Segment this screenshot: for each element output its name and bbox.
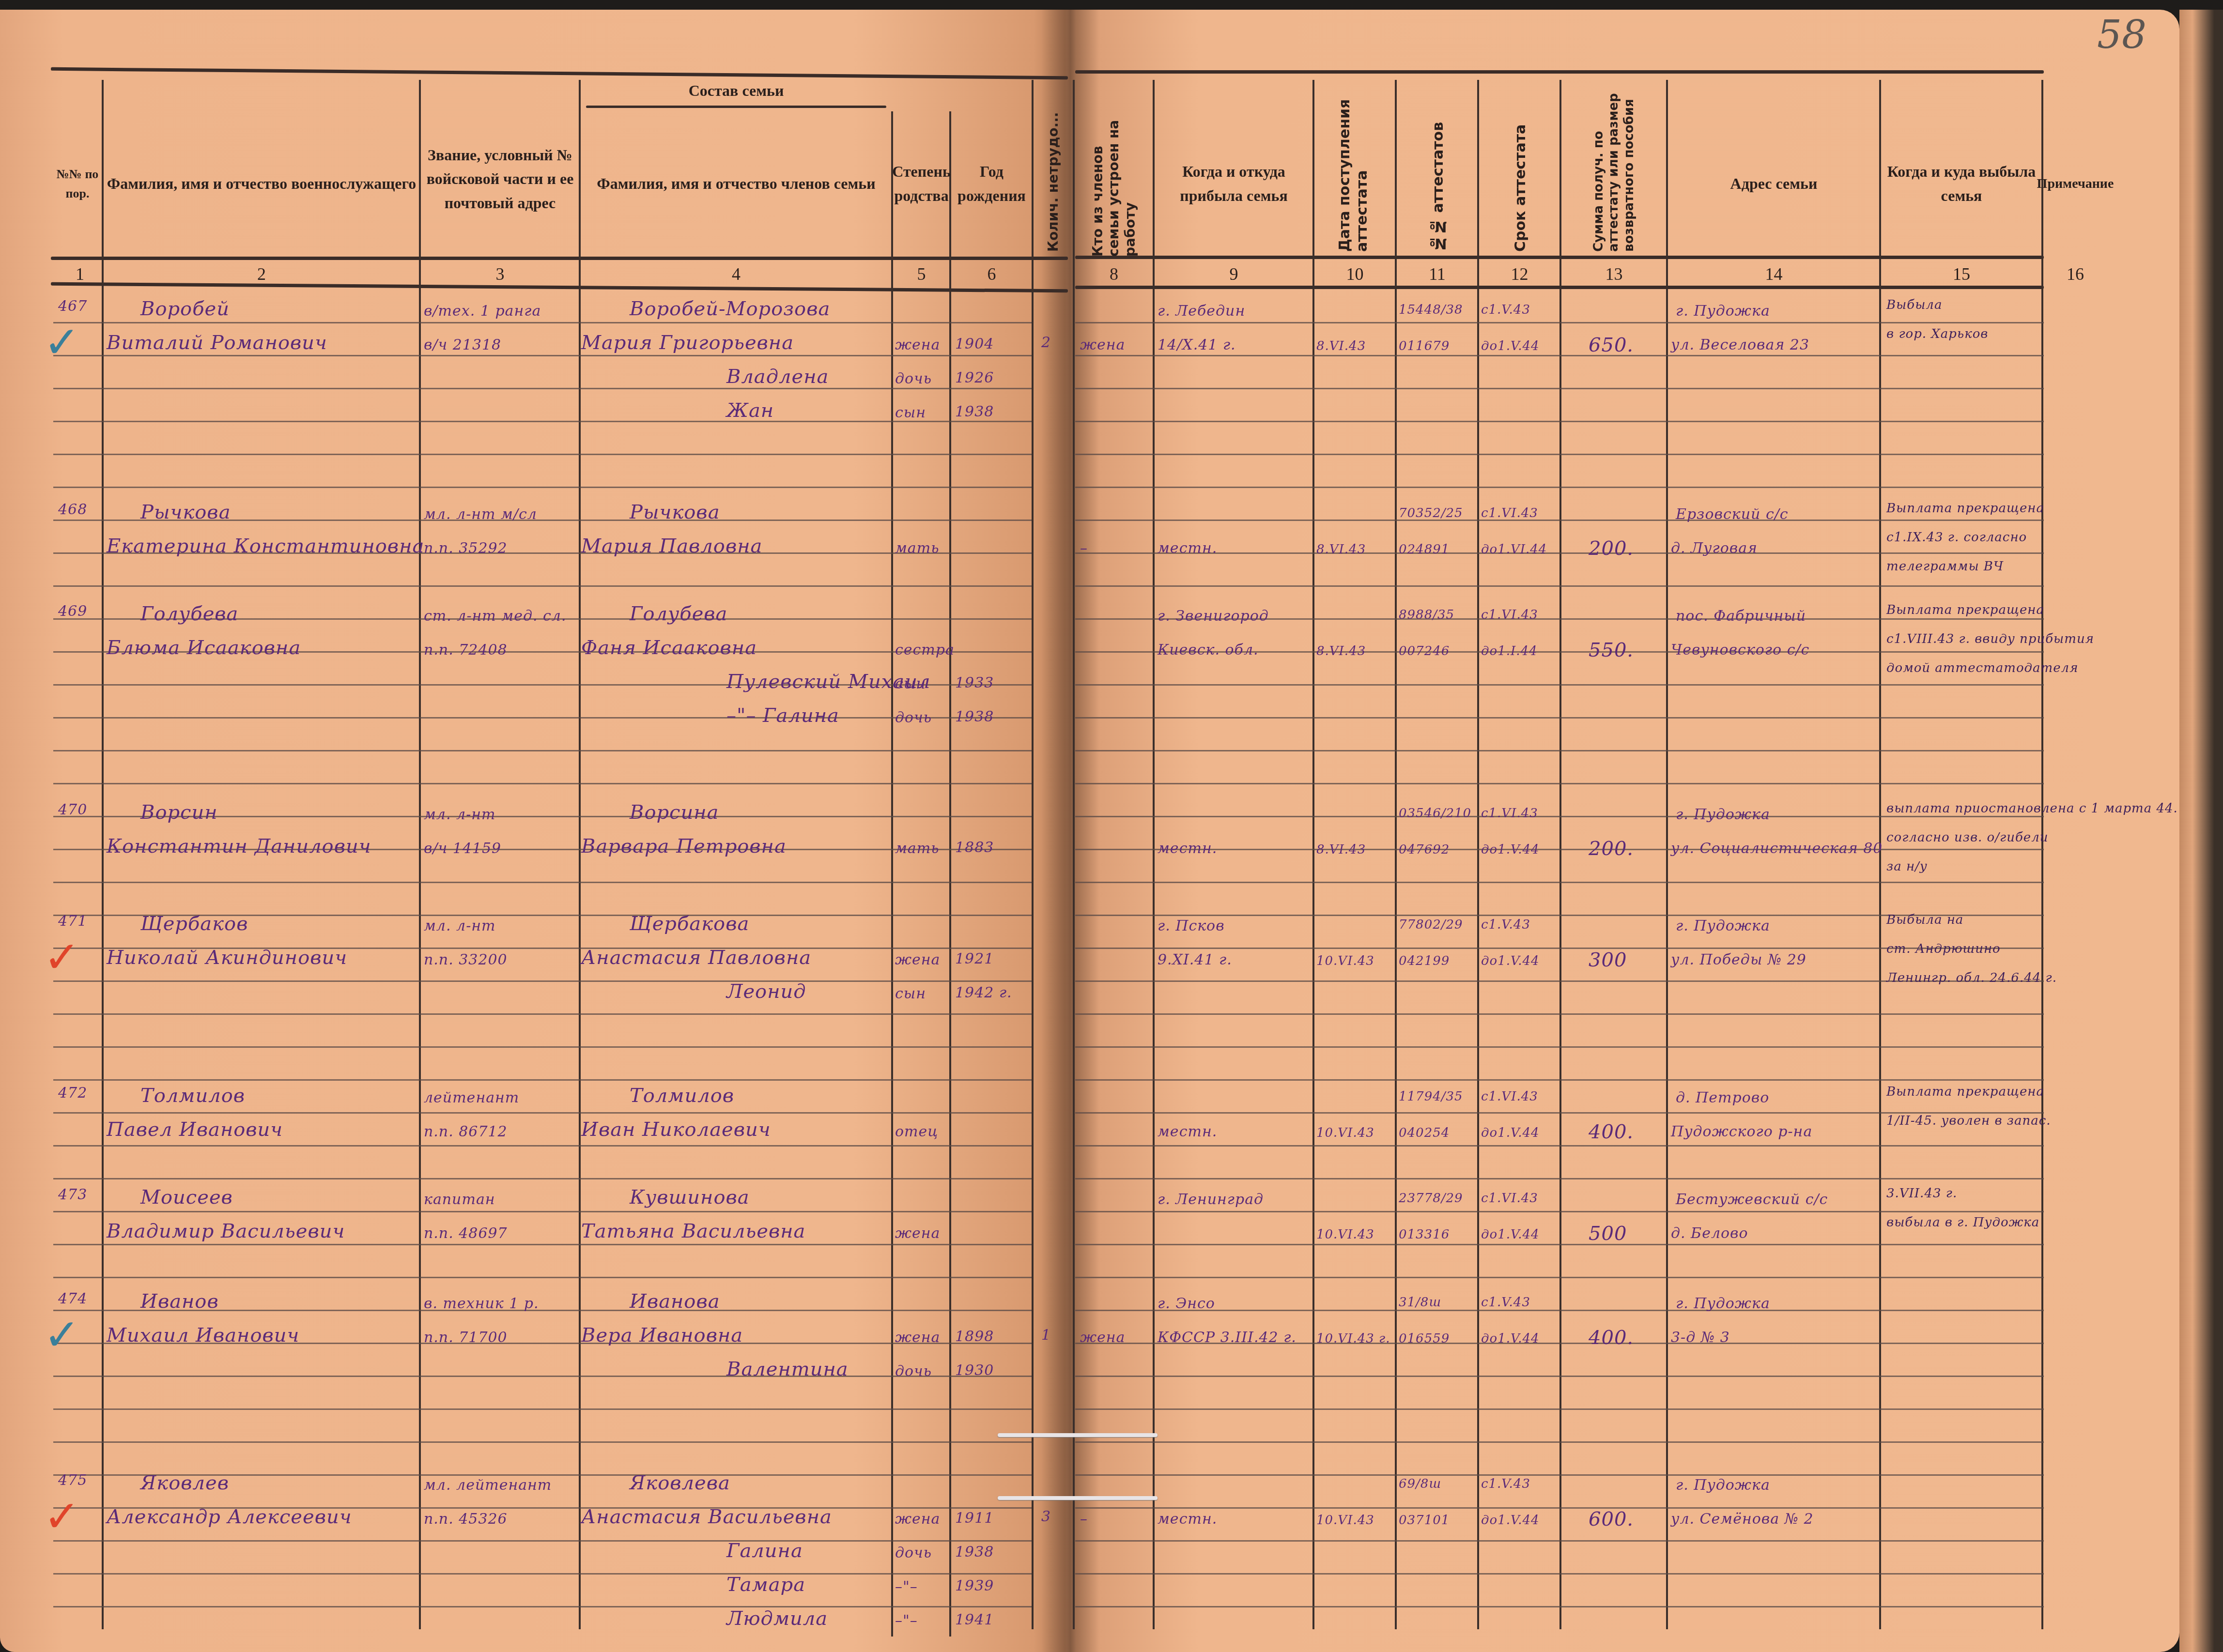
ruled-line [1075, 421, 2044, 422]
family-member-name: Воробей-Морозова [630, 298, 830, 320]
attestat-term-end: до1.V.44 [1481, 954, 1540, 968]
col-num: 4 [581, 264, 891, 284]
family-birth-year: 1926 [955, 369, 994, 386]
ruled-line [1075, 585, 2044, 587]
family-member-name: Яковлева [630, 1472, 730, 1494]
arrived-from: г. Звенигород [1158, 608, 1269, 625]
military-unit: в/ч 21318 [424, 337, 501, 353]
ruled-line [53, 585, 1032, 587]
attestat-number: 31/8ш [1399, 1295, 1441, 1310]
ruled-line [1075, 1540, 2044, 1542]
header-bottom-rule [51, 257, 1068, 260]
family-address: Ерзовский с/с [1676, 506, 1789, 523]
col-num: 10 [1315, 264, 1395, 284]
col-divider [2041, 80, 2043, 1629]
family-birth-year: 1938 [955, 1544, 994, 1560]
family-birth-year: 1938 [955, 708, 994, 725]
page-number: 58 [2097, 12, 2146, 57]
ruled-line [1075, 355, 2044, 356]
col-6-header: Год рождения [952, 116, 1032, 252]
ruled-line [1075, 322, 2044, 323]
departure-note: ст. Андрюшино [1886, 942, 2001, 956]
col-divider [419, 80, 421, 1629]
family-relation: сын [895, 985, 926, 1002]
arrived-date: местн. [1158, 1123, 1217, 1140]
family-relation: сестра [895, 642, 955, 658]
col-5-header: Степень родства [894, 116, 949, 252]
departure-note: Выплата прекращена [1886, 603, 2044, 617]
family-birth-year: 1939 [955, 1577, 994, 1594]
attestat-term-end: до1.V.44 [1481, 1331, 1540, 1346]
check-mark-icon: ✓ [44, 317, 80, 368]
family-birth-year: 1941 [955, 1611, 994, 1628]
col-4-header: Фамилия, имя и отчество членов семьи [581, 116, 891, 252]
arrived-from: г. Псков [1158, 918, 1225, 934]
col-11-header: №№ аттестатов [1405, 97, 1472, 252]
col-divider [1477, 80, 1479, 1629]
col-7-header: Колич. нетрудо... [1036, 92, 1070, 252]
col-14-header: Адрес семьи [1668, 126, 1879, 242]
ruled-line [1075, 1474, 2044, 1476]
serviceman-name: Екатерина Константиновна [107, 535, 424, 557]
serviceman-surname: Ворсин [140, 801, 218, 824]
serviceman-name: Михаил Иванович [107, 1324, 299, 1346]
departure-note: телеграммы ВЧ [1886, 559, 2004, 574]
family-birth-year: 1911 [955, 1510, 994, 1527]
family-relation: дочь [895, 709, 932, 726]
col-divider [1395, 80, 1397, 1629]
family-relation: жена [895, 1225, 941, 1242]
family-relation: дочь [895, 1545, 932, 1561]
serviceman-name: Александр Алексеевич [107, 1506, 352, 1528]
check-mark-icon: ✓ [44, 932, 80, 983]
serviceman-rank: в/тех. 1 ранга [424, 303, 541, 320]
family-address: Бестужевский с/с [1676, 1191, 1828, 1208]
attestat-term-end: до1.I.44 [1481, 644, 1538, 658]
ruled-line [1075, 1441, 2044, 1443]
ruled-line [53, 1408, 1032, 1410]
arrived-date: местн. [1158, 540, 1217, 557]
arrived-date: Киевск. обл. [1158, 642, 1259, 658]
attestat-term-start: с1.VI.43 [1481, 806, 1538, 821]
payment-amount: 400. [1589, 1121, 1634, 1143]
attestat-number: 013316 [1399, 1227, 1450, 1242]
attestat-term-end: до1.V.44 [1481, 1126, 1540, 1140]
attestat-date: 10.VI.43 [1316, 1227, 1374, 1242]
payment-amount: 300 [1589, 949, 1627, 971]
payment-amount: 400. [1589, 1327, 1634, 1349]
ruled-line [1075, 1573, 2044, 1575]
family-relation: мать [895, 840, 940, 857]
binding-thread [998, 1496, 1158, 1500]
family-birth-year: 1904 [955, 336, 994, 352]
serviceman-rank: лейтенант [424, 1089, 519, 1106]
family-member-name: Голубева [630, 603, 727, 625]
family-relation: –"– [895, 1578, 918, 1595]
family-member-name: Мария Павловна [581, 535, 762, 557]
col-divider [1559, 80, 1561, 1629]
ruled-line [1075, 849, 2044, 850]
arrived-date: 14/X.41 г. [1158, 337, 1236, 353]
attestat-date: 10.VI.43 [1316, 954, 1374, 968]
col-num: 14 [1668, 264, 1879, 284]
attestat-date: 10.VI.43 г. [1316, 1331, 1390, 1346]
serviceman-rank: в. техник 1 р. [424, 1295, 539, 1312]
family-birth-year: 1883 [955, 839, 994, 856]
attestat-date: 8.VI.43 [1316, 644, 1366, 658]
family-group-header: Состав семьи [581, 77, 891, 104]
col-num: 13 [1562, 264, 1666, 284]
attestat-term-start: с1.VI.43 [1481, 608, 1538, 622]
ruled-line [53, 1441, 1032, 1443]
serviceman-surname: Яковлев [140, 1472, 229, 1494]
col-10-header: Дата поступления аттестата [1317, 87, 1390, 252]
ruled-line [53, 388, 1032, 389]
departure-note: 1/II-45. уволен в запас. [1886, 1114, 2051, 1128]
attestat-number: 77802/29 [1399, 918, 1463, 932]
col-num: 2 [104, 264, 419, 284]
entry-number: 475 [58, 1472, 87, 1489]
departure-note: Выбыла на [1886, 913, 1963, 927]
family-relation: сын [895, 404, 926, 421]
col-divider [579, 80, 581, 1629]
family-address: д. Луговая [1671, 540, 1758, 557]
col-2-header: Фамилия, имя и отчество военнослужащего [104, 116, 419, 252]
col-divider [891, 111, 893, 1637]
col-8-header: Кто из членов семьи устроен на работу [1078, 102, 1150, 257]
attestat-date: 8.VI.43 [1316, 339, 1366, 353]
departure-note: 3.VII.43 г. [1886, 1186, 1957, 1201]
ruled-line [53, 487, 1032, 488]
col-num: 5 [894, 264, 949, 284]
employed-member: жена [1080, 1329, 1126, 1346]
entry-number: 472 [58, 1085, 87, 1101]
arrived-date: местн. [1158, 1511, 1217, 1528]
col-num: 15 [1882, 264, 2041, 284]
family-birth-year: 1921 [955, 950, 994, 967]
family-address: г. Пудожка [1676, 918, 1770, 934]
family-member-name: Людмила [726, 1607, 828, 1630]
serviceman-rank: мл. л-нт [424, 918, 496, 934]
ruled-line [1075, 816, 2044, 817]
serviceman-name: Константин Данилович [107, 835, 371, 857]
attestat-term-end: до1.V.44 [1481, 339, 1540, 353]
family-birth-year: 1933 [955, 674, 994, 691]
payment-amount: 650. [1589, 334, 1634, 356]
serviceman-name: Блюма Исааковна [107, 637, 301, 659]
departure-note: согласно изв. о/гибели [1886, 830, 2048, 845]
entry-number: 471 [58, 913, 87, 930]
ruled-line [1075, 1244, 2044, 1245]
ruled-line [53, 1211, 1032, 1212]
entry-number: 474 [58, 1290, 87, 1307]
page-edges [2179, 10, 2223, 1652]
attestat-term-start: с1.V.43 [1481, 303, 1530, 317]
family-member-name: Владлена [726, 366, 829, 388]
attestat-term-start: с1.V.43 [1481, 1295, 1530, 1310]
family-birth-year: 1938 [955, 403, 994, 420]
arrived-from: г. Энсо [1158, 1295, 1215, 1312]
family-relation: жена [895, 1511, 941, 1528]
ruled-line [53, 783, 1032, 784]
col-15-header: Когда и куда выбыла семья [1882, 126, 2041, 242]
family-relation: жена [895, 951, 941, 968]
col-num: 16 [2044, 264, 2107, 284]
ruled-line [53, 1178, 1032, 1179]
ruled-line [1075, 1178, 2044, 1179]
serviceman-surname: Рычкова [140, 501, 231, 523]
ruled-line [1075, 1013, 2044, 1015]
military-unit: п.п. 71700 [424, 1329, 508, 1346]
serviceman-rank: ст. л-нт мед. сл. [424, 608, 566, 625]
family-member-name: Галина [726, 1540, 803, 1562]
departure-note: Ленингр. обл. 24.6.44 г. [1886, 971, 2057, 985]
attestat-number: 007246 [1399, 644, 1450, 658]
attestat-number: 70352/25 [1399, 506, 1463, 520]
col-1-header: №№ по пор. [53, 116, 102, 252]
binding-thread [998, 1433, 1158, 1437]
dependents-count: 3 [1041, 1508, 1051, 1525]
dependents-count: 2 [1041, 334, 1051, 351]
departure-note: Выплата прекращена [1886, 1085, 2044, 1099]
family-birth-year: 1898 [955, 1328, 994, 1345]
family-relation: отец [895, 1123, 938, 1140]
serviceman-name: Владимир Васильевич [107, 1220, 345, 1242]
attestat-number: 037101 [1399, 1513, 1450, 1528]
dependents-count: 1 [1041, 1327, 1051, 1344]
ruled-line [1075, 684, 2044, 686]
attestat-term-start: с1.V.43 [1481, 1477, 1530, 1491]
col-num: 1 [58, 264, 102, 284]
serviceman-surname: Воробей [140, 298, 230, 320]
attestat-date: 8.VI.43 [1316, 842, 1366, 857]
col-divider [1312, 80, 1314, 1629]
family-address: пос. Фабричный [1676, 608, 1806, 625]
attestat-term-end: до1.V.44 [1481, 1227, 1540, 1242]
arrived-from: г. Ленинград [1158, 1191, 1264, 1208]
family-group-rule [586, 106, 886, 108]
departure-note: Выбыла [1886, 298, 1942, 312]
ruled-line [53, 322, 1032, 323]
family-address: г. Пудожка [1676, 1295, 1770, 1312]
family-member-name: Анастасия Васильевна [581, 1506, 832, 1528]
family-birth-year: 1930 [955, 1362, 994, 1379]
arrived-date: местн. [1158, 840, 1217, 857]
departure-note: с1.IX.43 г. согласно [1886, 530, 2027, 545]
col-num: 12 [1480, 264, 1559, 284]
military-unit: в/ч 14159 [424, 840, 501, 857]
departure-note: выплата приостановлена с 1 марта 44. [1886, 801, 2178, 816]
serviceman-rank: мл. л-нт м/сл [424, 506, 537, 523]
family-relation: мать [895, 540, 940, 557]
col-divider [102, 80, 104, 1629]
ruled-line [1075, 1376, 2044, 1377]
military-unit: п.п. 72408 [424, 642, 508, 658]
serviceman-surname: Толмилов [140, 1085, 245, 1107]
ruled-line [53, 750, 1032, 751]
attestat-number: 11794/35 [1399, 1089, 1463, 1104]
military-unit: п.п. 33200 [424, 951, 508, 968]
military-unit: п.п. 48697 [424, 1225, 508, 1242]
col-12-header: Срок аттестата [1492, 97, 1550, 252]
serviceman-rank: мл. лейтенант [424, 1477, 552, 1494]
attestat-number: 69/8ш [1399, 1477, 1441, 1491]
ruled-line [1075, 1507, 2044, 1509]
check-mark-icon: ✓ [44, 1310, 80, 1361]
attestat-date: 10.VI.43 [1316, 1513, 1374, 1528]
employed-member: – [1080, 1511, 1088, 1528]
ruled-line [1075, 388, 2044, 389]
attestat-term-start: с1.VI.43 [1481, 1191, 1538, 1206]
col-9-header: Когда и откуда прибыла семья [1155, 126, 1312, 242]
attestat-date: 10.VI.43 [1316, 1126, 1374, 1140]
family-member-name: Иванова [630, 1290, 720, 1313]
ruled-line [53, 717, 1032, 719]
ruled-line [53, 1079, 1032, 1081]
family-relation: жена [895, 1329, 941, 1346]
family-address: Чевуновского с/с [1671, 642, 1809, 658]
ruled-line [1075, 783, 2044, 784]
col-num: 8 [1075, 264, 1153, 284]
ruled-line [1075, 1145, 2044, 1147]
family-address: ул. Социалистическая 80 [1671, 840, 1883, 857]
attestat-number: 03546/210 [1399, 806, 1471, 821]
serviceman-surname: Моисеев [140, 1186, 233, 1208]
ruled-line [1075, 1310, 2044, 1311]
family-relation: дочь [895, 370, 932, 387]
ruled-line [53, 1112, 1032, 1114]
col-divider [949, 111, 951, 1637]
ruled-line [53, 882, 1032, 883]
ruled-line [53, 1277, 1032, 1278]
header-top-rule-right [1075, 70, 2044, 74]
ruled-line [1075, 1277, 2044, 1278]
ruled-line [53, 421, 1032, 422]
family-address: г. Пудожка [1676, 806, 1770, 823]
family-member-name: Рычкова [630, 501, 720, 523]
ruled-line [1075, 1079, 2044, 1081]
attestat-number: 047692 [1399, 842, 1450, 857]
family-member-name: Мария Григорьевна [581, 332, 794, 354]
ruled-line [1075, 882, 2044, 883]
entry-number: 467 [58, 298, 87, 315]
attestat-term-start: с1.VI.43 [1481, 506, 1538, 520]
ruled-line [53, 1013, 1032, 1015]
serviceman-rank: мл. л-нт [424, 806, 496, 823]
payment-amount: 200. [1589, 537, 1634, 560]
family-member-name: Леонид [726, 980, 806, 1003]
attestat-number: 23778/29 [1399, 1191, 1463, 1206]
col-num: 11 [1397, 264, 1477, 284]
entry-number: 468 [58, 501, 87, 518]
ruled-line [53, 1540, 1032, 1542]
family-member-name: –"– Галина [726, 704, 839, 727]
serviceman-name: Павел Иванович [107, 1118, 283, 1141]
attestat-term-end: до1.V.44 [1481, 1513, 1540, 1528]
family-member-name: Тамара [726, 1574, 805, 1596]
col-num: 9 [1155, 264, 1312, 284]
ruled-line [53, 980, 1032, 982]
employed-member: – [1080, 540, 1088, 557]
family-address: г. Пудожка [1676, 1477, 1770, 1494]
check-mark-icon: ✓ [44, 1491, 80, 1542]
attestat-number: 8988/35 [1399, 608, 1454, 622]
attestat-term-start: с1.VI.43 [1481, 1089, 1538, 1104]
attestat-number: 042199 [1399, 954, 1450, 968]
family-member-name: Щербакова [630, 913, 749, 935]
family-relation: –"– [895, 1612, 918, 1629]
entry-number: 470 [58, 801, 87, 818]
attestat-number: 040254 [1399, 1126, 1450, 1140]
family-member-name: Жан [726, 399, 774, 422]
ruled-line [1075, 1211, 2044, 1212]
family-address: 3-д № 3 [1671, 1329, 1730, 1346]
ruled-line [1075, 454, 2044, 455]
col-divider [1073, 80, 1075, 1629]
entry-number: 473 [58, 1186, 87, 1203]
family-member-name: Фаня Исааковна [581, 637, 757, 659]
col-3-header: Звание, условный № войсковой части и ее … [421, 107, 579, 252]
family-relation: сын [895, 675, 926, 692]
attestat-number: 024891 [1399, 542, 1450, 557]
ruled-line [1075, 717, 2044, 719]
ruled-line [53, 1046, 1032, 1048]
family-address: ул. Семёнова № 2 [1671, 1511, 1814, 1528]
family-address: ул. Победы № 29 [1671, 951, 1806, 968]
departure-note: Выплата прекращена [1886, 501, 2044, 516]
col-13-header: Сумма получ. по аттестату или размер воз… [1563, 82, 1665, 252]
ruled-line [1075, 1408, 2044, 1410]
family-member-name: Валентина [726, 1358, 849, 1380]
ruled-line [53, 1244, 1032, 1245]
ruled-line [53, 1573, 1032, 1575]
payment-amount: 200. [1589, 838, 1634, 860]
family-address: ул. Веселовая 23 [1671, 337, 1809, 353]
serviceman-rank: капитан [424, 1191, 495, 1208]
col-divider [1032, 80, 1034, 1629]
family-address: д. Петрово [1676, 1089, 1769, 1106]
family-member-name: Кувшинова [630, 1186, 750, 1208]
ruled-line [53, 1145, 1032, 1147]
ruled-line [53, 355, 1032, 356]
entry-number: 469 [58, 603, 87, 620]
family-member-name: Татьяна Васильевна [581, 1220, 805, 1242]
attestat-number: 016559 [1399, 1331, 1450, 1346]
departure-note: с1.VIII.43 г. ввиду прибытия [1886, 632, 2094, 646]
ruled-line [1075, 750, 2044, 751]
payment-amount: 600. [1589, 1508, 1634, 1530]
col-divider [1153, 80, 1155, 1629]
attestat-number: 15448/38 [1399, 303, 1463, 317]
family-member-name: Анастасия Павловна [581, 947, 811, 969]
col-num: 3 [421, 264, 579, 284]
family-address: д. Белово [1671, 1225, 1748, 1242]
serviceman-name: Виталий Романович [107, 332, 327, 354]
family-relation: жена [895, 337, 941, 353]
left-page [0, 10, 1065, 1652]
attestat-term-end: до1.V.44 [1481, 842, 1540, 857]
serviceman-surname: Иванов [140, 1290, 219, 1313]
ruled-line [1075, 520, 2044, 521]
arrived-from: г. Лебедин [1158, 303, 1245, 320]
departure-note: за н/у [1886, 859, 1928, 874]
departure-note: в гор. Харьков [1886, 327, 1989, 341]
col-divider [1666, 80, 1668, 1629]
attestat-term-start: с1.V.43 [1481, 918, 1530, 932]
family-birth-year: 1942 г. [955, 984, 1012, 1001]
attestat-term-end: до1.VI.44 [1481, 542, 1547, 557]
ruled-line [53, 454, 1032, 455]
